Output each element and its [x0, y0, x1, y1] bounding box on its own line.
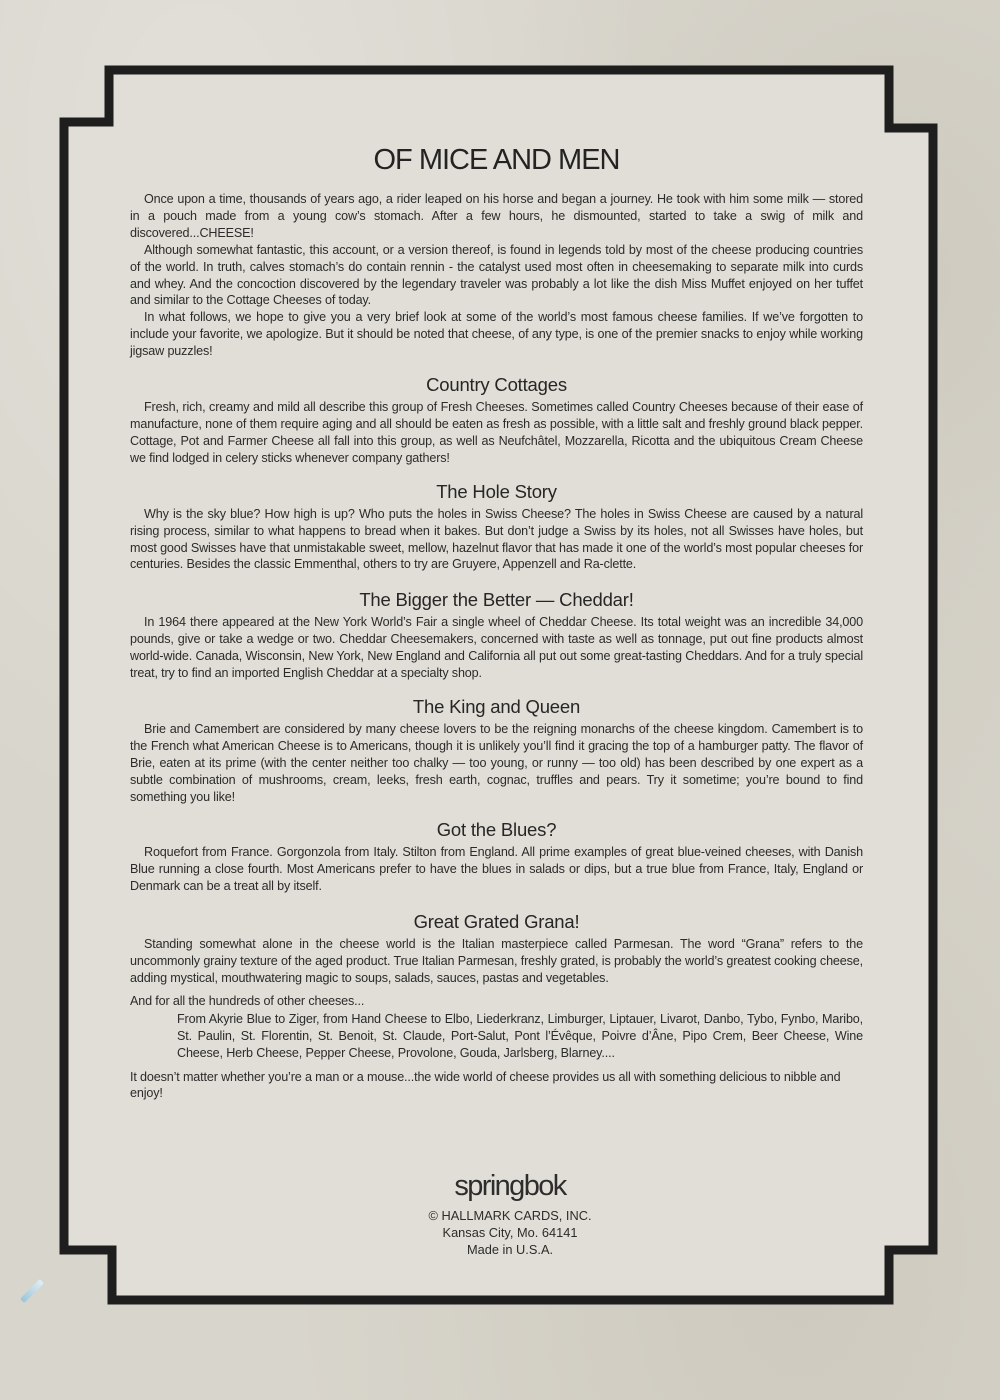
section-body: In 1964 there appeared at the New York W…: [130, 614, 863, 682]
section-hole-story: The Hole Story Why is the sky blue? How …: [130, 481, 863, 574]
section-body: Standing somewhat alone in the cheese wo…: [130, 936, 863, 987]
section-king-and-queen: The King and Queen Brie and Camembert ar…: [130, 696, 863, 806]
springbok-logo: springbok: [380, 1170, 640, 1203]
document-body: OF MICE AND MEN Once upon a time, thousa…: [130, 138, 863, 1102]
origin-line: Made in U.S.A.: [380, 1241, 640, 1258]
intro-paragraph: In what follows, we hope to give you a v…: [130, 309, 863, 360]
page-title: OF MICE AND MEN: [130, 144, 863, 177]
publisher-footer: springbok © HALLMARK CARDS, INC. Kansas …: [380, 1170, 640, 1258]
section-body: Brie and Camembert are considered by man…: [130, 721, 863, 806]
other-cheeses-lead: And for all the hundreds of other cheese…: [130, 993, 863, 1010]
section-blues: Got the Blues? Roquefort from France. Go…: [130, 819, 863, 895]
section-heading: Country Cottages: [130, 374, 863, 396]
address-line: Kansas City, Mo. 64141: [380, 1224, 640, 1241]
intro: Once upon a time, thousands of years ago…: [130, 191, 863, 360]
intro-paragraph: Although somewhat fantastic, this accoun…: [130, 242, 863, 310]
section-grana: Great Grated Grana! Standing somewhat al…: [130, 911, 863, 987]
section-body: Fresh, rich, creamy and mild all describ…: [130, 399, 863, 467]
intro-paragraph: Once upon a time, thousands of years ago…: [130, 191, 863, 242]
copyright-line: © HALLMARK CARDS, INC.: [380, 1207, 640, 1224]
section-heading: Great Grated Grana!: [130, 911, 863, 933]
closing-paragraph: It doesn’t matter whether you’re a man o…: [130, 1069, 863, 1103]
section-heading: The King and Queen: [130, 696, 863, 718]
section-heading: Got the Blues?: [130, 819, 863, 841]
pen-mark-icon: [20, 1279, 44, 1303]
section-body: Why is the sky blue? How high is up? Who…: [130, 506, 863, 574]
section-body: Roquefort from France. Gorgonzola from I…: [130, 844, 863, 895]
section-heading: The Hole Story: [130, 481, 863, 503]
other-cheeses-list: From Akyrie Blue to Ziger, from Hand Che…: [130, 1011, 863, 1062]
section-country-cottages: Country Cottages Fresh, rich, creamy and…: [130, 374, 863, 467]
section-cheddar: The Bigger the Better — Cheddar! In 1964…: [130, 589, 863, 682]
section-heading: The Bigger the Better — Cheddar!: [130, 589, 863, 611]
